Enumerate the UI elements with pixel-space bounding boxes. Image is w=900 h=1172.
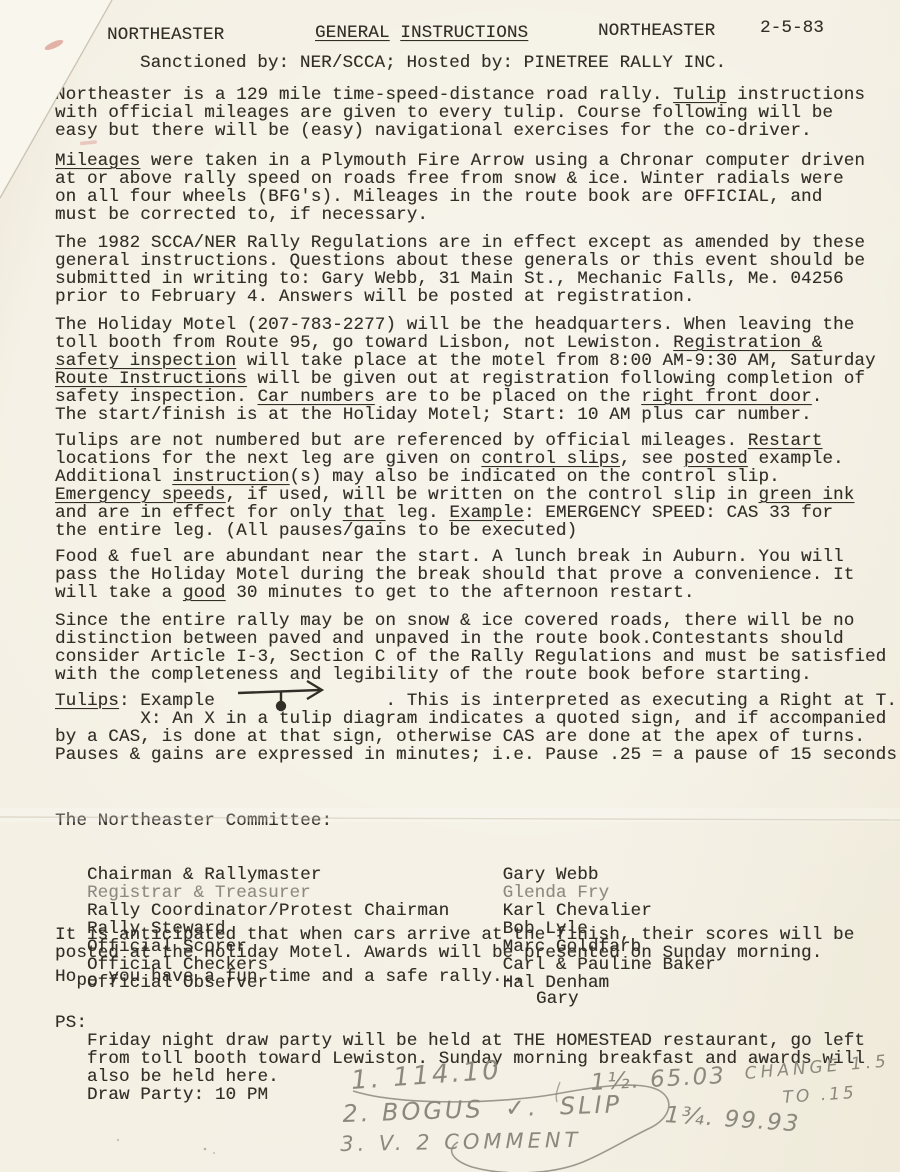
- text-segment: green ink: [758, 485, 854, 505]
- text-segment: , if used, will be written on the contro…: [226, 485, 759, 505]
- text-segment: Emergency speeds: [55, 485, 226, 505]
- text-segment: INSTRUCTIONS: [400, 23, 528, 43]
- paragraph-mileages: Mileages were taken in a Plymouth Fire A…: [55, 152, 865, 224]
- text-segment: instruction: [172, 467, 289, 487]
- header-date: 2-5-83: [760, 19, 824, 37]
- text-segment: the entire leg. (All pauses/gains to be …: [55, 521, 577, 541]
- paragraph-tulip-numbering: Tulips are not numbered but are referenc…: [55, 432, 854, 540]
- text-segment: Restart: [748, 431, 823, 451]
- text-segment: The 1982 SCCA/NER Rally Regulations are …: [55, 233, 865, 253]
- text-segment: consider Article I-3, Section C of the R…: [55, 647, 886, 667]
- text-segment: Since the entire rally may be on snow & …: [55, 611, 854, 631]
- text-segment: will be given out at registration follow…: [247, 369, 865, 389]
- hope-line: Hope you have a fun time and a safe rall…: [55, 968, 524, 986]
- paragraph-regulations: The 1982 SCCA/NER Rally Regulations are …: [55, 234, 865, 306]
- paragraph-food-fuel: Food & fuel are abundant near the start.…: [55, 548, 854, 602]
- text-segment: and are in effect for only: [55, 503, 343, 523]
- text-segment: [390, 23, 401, 43]
- text-segment: Route Instructions: [55, 369, 247, 389]
- text-segment: prior to February 4. Answers will be pos…: [55, 287, 694, 307]
- text-segment: Additional: [55, 467, 172, 487]
- page-title: GENERAL INSTRUCTIONS: [315, 24, 528, 42]
- text-segment: Tulips are not numbered but are referenc…: [55, 431, 748, 451]
- text-segment: GENERAL: [315, 23, 390, 43]
- text-segment: Example: [449, 503, 524, 523]
- text-segment: pe: [76, 972, 97, 990]
- header-right: NORTHEASTER: [598, 22, 715, 40]
- text-segment: Food & fuel are abundant near the start.…: [55, 547, 844, 567]
- text-segment: Car numbers: [258, 387, 375, 407]
- scanned-rally-instructions-page: { "document": { "colors": { "paper": "#f…: [0, 0, 900, 1172]
- text-segment: were taken in a Plymouth Fire Arrow usin…: [140, 151, 865, 171]
- text-segment: distinction between paved and unpaved in…: [55, 629, 844, 649]
- committee-row: Rally Coordinator/Protest Chairman Karl …: [55, 902, 716, 920]
- sanctioned-line: Sanctioned by: NER/SCCA; Hosted by: PINE…: [140, 54, 726, 72]
- text-segment: good: [183, 583, 226, 603]
- text-segment: Mileages: [55, 151, 140, 171]
- text-segment: pass the Holiday Motel during the break …: [55, 565, 854, 585]
- text-segment: The Holiday Motel (207-783-2277) will be…: [55, 315, 854, 335]
- text-segment: also be held here.: [55, 1067, 279, 1087]
- committee-heading: The Northeaster Committee:: [55, 812, 716, 830]
- text-segment: with the completeness and legibility of …: [55, 665, 812, 685]
- text-segment: will take place at the motel from 8:00 A…: [236, 351, 875, 371]
- text-segment: X: An X in a tulip diagram indicates a q…: [55, 709, 886, 729]
- paragraph-snow-ice: Since the entire rally may be on snow & …: [55, 612, 886, 684]
- text-segment: safety inspection: [55, 351, 236, 371]
- handwritten-note: 3. V. 2 COMMENT: [340, 1128, 582, 1156]
- text-segment: are to be placed on the: [375, 387, 641, 407]
- text-segment: submitted in writing to: Gary Webb, 31 M…: [55, 269, 844, 289]
- text-segment: Tulips: [55, 691, 119, 711]
- committee-row: Registrar & Treasurer Glenda Fry: [55, 884, 716, 902]
- text-segment: locations for the next leg are given on: [55, 449, 481, 469]
- text-segment: : EMERGENCY SPEED: CAS 33 for: [524, 503, 833, 523]
- text-segment: posted at the Holiday Motel. Awards will…: [55, 943, 822, 963]
- text-segment: Friday night draw party will be held at …: [55, 1031, 865, 1051]
- ps-label: PS:: [55, 1014, 87, 1032]
- text-segment: must be corrected to, if necessary.: [55, 205, 428, 225]
- text-segment: posted: [684, 449, 748, 469]
- text-segment: Registration &: [673, 333, 822, 353]
- text-segment: example.: [748, 449, 844, 469]
- text-segment: Ho: [55, 967, 76, 987]
- signature: Gary: [536, 990, 579, 1008]
- text-segment: by a CAS, is done at that sign, otherwis…: [55, 727, 865, 747]
- text-segment: at or above rally speed on roads free fr…: [55, 169, 844, 189]
- committee-row: Chairman & Rallymaster Gary Webb: [55, 866, 716, 884]
- paragraph-tulips-example: Tulips: Example . This is interpreted as…: [55, 692, 897, 764]
- text-segment: safety inspection.: [55, 387, 258, 407]
- paragraph-headquarters: The Holiday Motel (207-783-2277) will be…: [55, 316, 876, 424]
- text-segment: Pauses & gains are expressed in minutes;…: [55, 745, 897, 765]
- text-segment: Tulip: [673, 85, 726, 105]
- text-segment: It is anticipated that when cars arrive …: [55, 925, 854, 945]
- text-segment: you have a fun time and a safe rally...: [98, 967, 524, 987]
- text-segment: with official mileages are given to ever…: [55, 103, 833, 123]
- text-segment: , see: [620, 449, 684, 469]
- text-segment: .: [812, 387, 823, 407]
- text-segment: (s) may also be indicated on the control…: [290, 467, 780, 487]
- text-segment: easy but there will be (easy) navigation…: [55, 121, 812, 141]
- text-segment: toll booth from Route 95, go toward Lisb…: [55, 333, 673, 353]
- text-segment: that: [343, 503, 386, 523]
- text-segment: Draw Party: 10 PM: [55, 1085, 268, 1105]
- text-segment: : Example . This is interpreted as execu…: [119, 691, 897, 711]
- text-segment: general instructions. Questions about th…: [55, 251, 865, 271]
- text-segment: The start/finish is at the Holiday Motel…: [55, 405, 812, 425]
- text-segment: 30 minutes to get to the afternoon resta…: [226, 583, 695, 603]
- text-segment: right front door: [641, 387, 812, 407]
- paragraph-intro: Northeaster is a 129 mile time-speed-dis…: [55, 86, 865, 140]
- header-left: NORTHEASTER: [107, 26, 224, 44]
- text-segment: will take a: [55, 583, 183, 603]
- text-segment: instructions: [726, 85, 865, 105]
- text-segment: control slips: [481, 449, 620, 469]
- text-segment: on all four wheels (BFG's). Mileages in …: [55, 187, 822, 207]
- closing-paragraph: It is anticipated that when cars arrive …: [55, 926, 854, 962]
- text-segment: leg.: [385, 503, 449, 523]
- text-segment: Northeaster is a 129 mile time-speed-dis…: [55, 85, 673, 105]
